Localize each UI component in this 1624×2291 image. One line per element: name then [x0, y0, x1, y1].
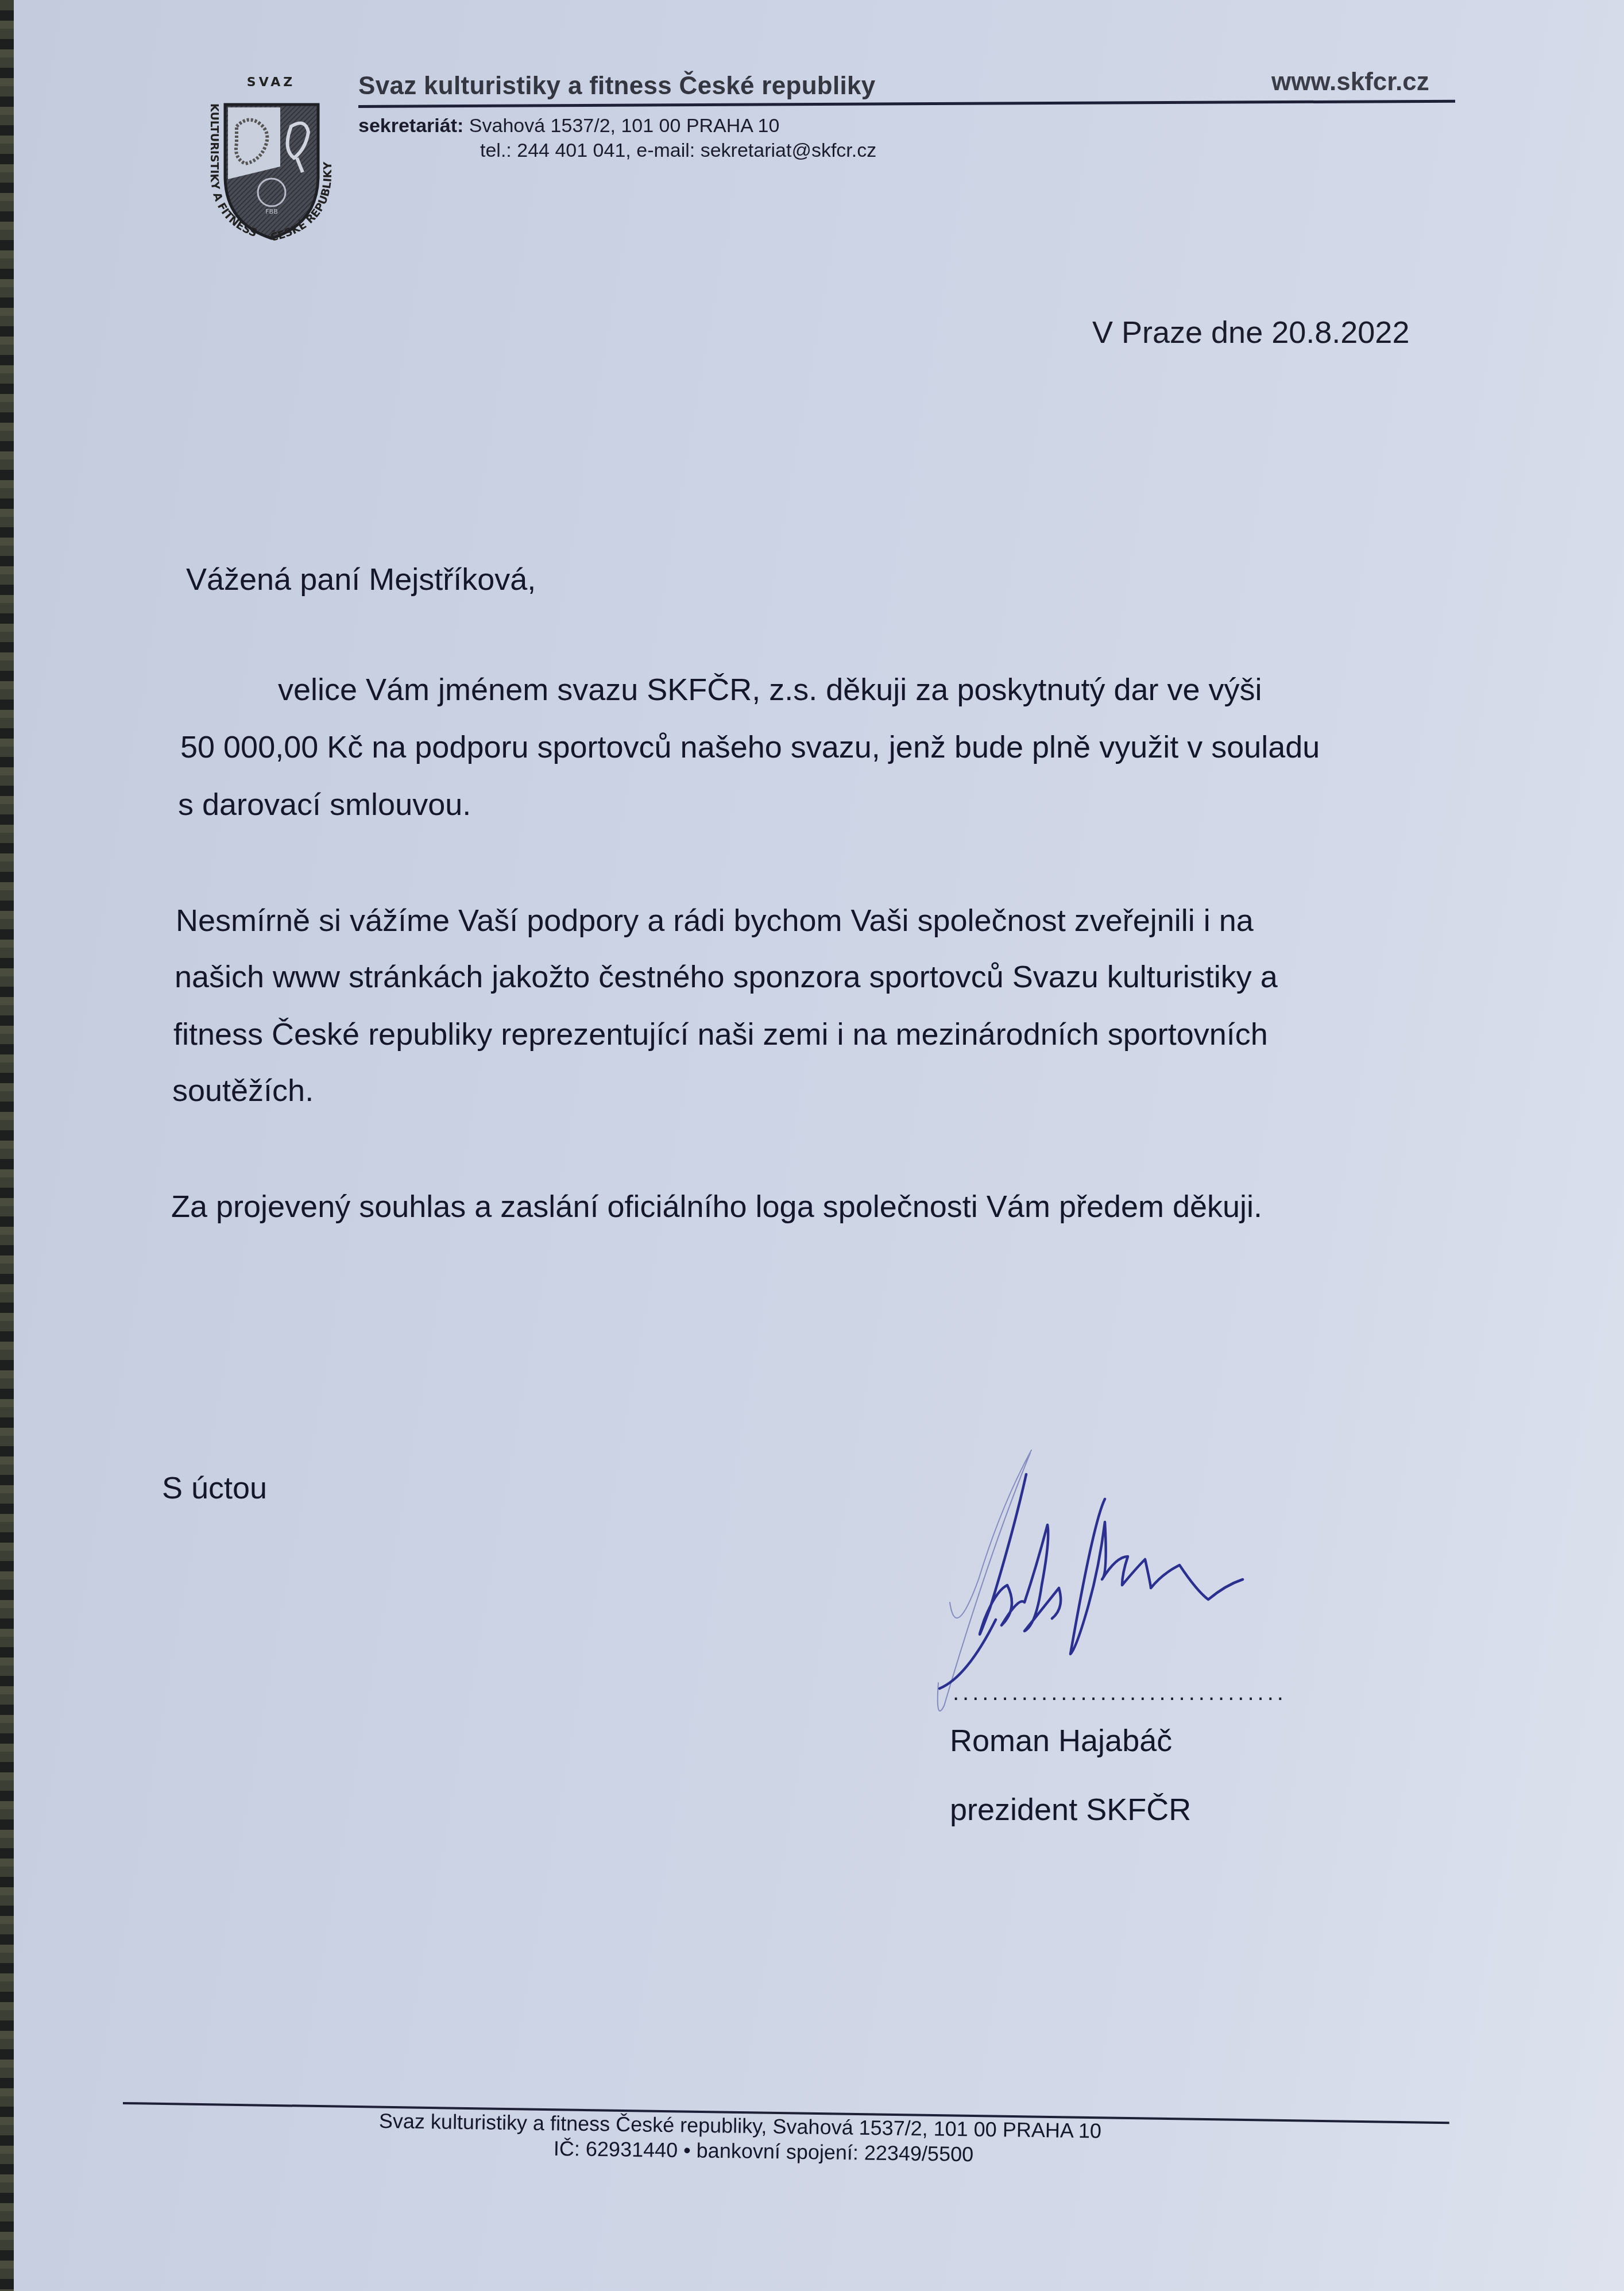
svg-text:FBB: FBB [265, 208, 277, 215]
footer-registration: IČ: 62931440 • bankovní spojení: 22349/5… [554, 2137, 974, 2166]
secretariat-address-value: Svahová 1537/2, 101 00 PRAHA 10 [469, 115, 780, 137]
paragraph-line: fitness České republiky reprezentující n… [173, 1017, 1268, 1052]
closing-phrase: S úctou [162, 1470, 267, 1506]
contact-info: tel.: 244 401 041, e-mail: sekretariat@s… [480, 140, 876, 162]
paragraph-line: 50 000,00 Kč na podporu sportovců našeho… [180, 729, 1320, 765]
paragraph-line: soutěžích. [172, 1073, 314, 1108]
paragraph-line: velice Vám jménem svazu SKFČR, z.s. děku… [278, 672, 1262, 708]
organization-name: Svaz kulturistiky a fitness České republ… [358, 72, 876, 101]
letter-page: SVAZ FBB KULTURISTIKY A FITNESS ČESKÉ RE… [14, 0, 1624, 2291]
svaz-shield-emblem-icon: SVAZ FBB KULTURISTIKY A FITNESS ČESKÉ RE… [196, 63, 346, 253]
background-surface [0, 0, 15, 2291]
secretariat-address: sekretariát: Svahová 1537/2, 101 00 PRAH… [358, 115, 779, 137]
footer-address: Svaz kulturistiky a fitness České republ… [379, 2109, 1101, 2143]
secretariat-label: sekretariát: [358, 115, 463, 137]
signature-line: .................................. [953, 1680, 1287, 1706]
handwritten-signature-icon [933, 1436, 1564, 1849]
paragraph-line: Za projevený souhlas a zaslání oficiální… [171, 1189, 1262, 1224]
signer-name: Roman Hajabáč [950, 1723, 1172, 1759]
salutation: Vážená paní Mejstříková, [186, 562, 536, 597]
paragraph-line: Nesmírně si vážíme Vaší podpory a rádi b… [176, 903, 1254, 938]
date-line: V Praze dne 20.8.2022 [1092, 315, 1409, 350]
header-divider [358, 100, 1455, 108]
svg-text:SVAZ: SVAZ [247, 75, 295, 90]
signer-title: prezident SKFČR [950, 1792, 1191, 1828]
website-url: www.skfcr.cz [1271, 68, 1429, 96]
paragraph-line: s darovací smlouvou. [178, 787, 471, 822]
paragraph-line: našich www stránkách jakožto čestného sp… [175, 959, 1278, 995]
